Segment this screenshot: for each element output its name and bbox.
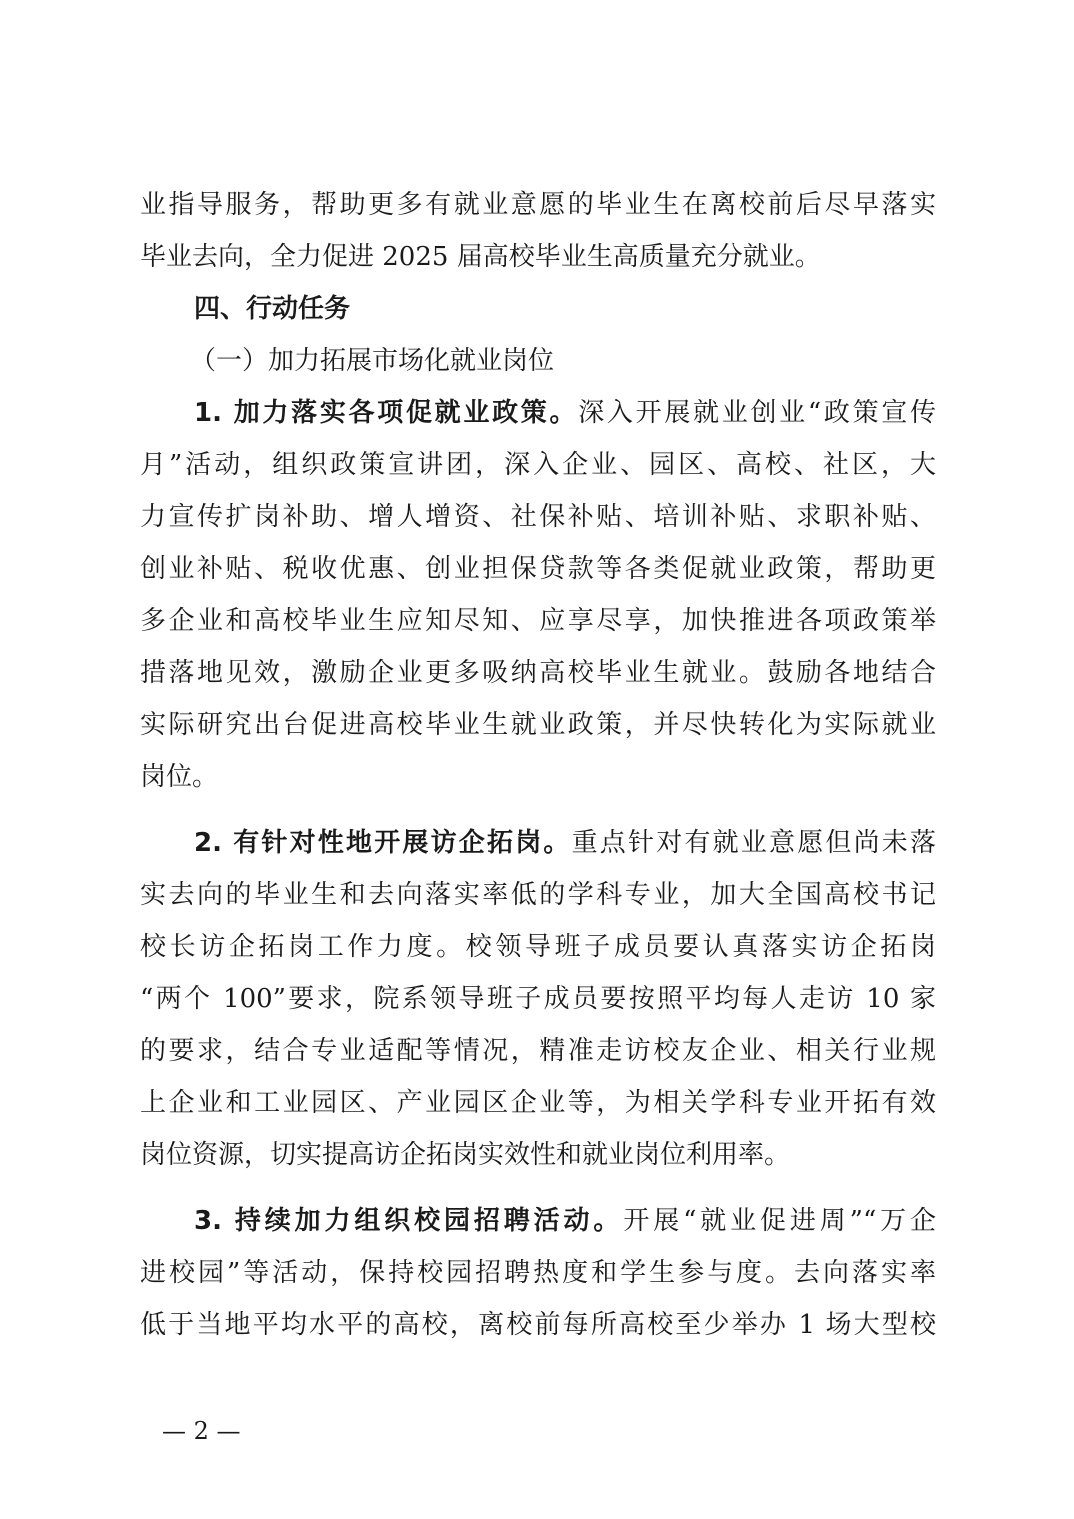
body-line: 实际研究出台促进高校毕业生就业政策，并尽快转化为实际就业 (140, 707, 936, 743)
item-2-first-line-rest: 重点针对有就业意愿但尚未落 (572, 828, 936, 858)
body-line: 上企业和工业园区、产业园区企业等，为相关学科专业开拓有效 (140, 1085, 936, 1121)
section-heading: 四、行动任务 (194, 291, 936, 327)
body-line: 校长访企拓岗工作力度。校领导班子成员要认真落实访企拓岗 (140, 929, 936, 965)
body-line: 措落地见效，激励企业更多吸纳高校毕业生就业。鼓励各地结合 (140, 655, 936, 691)
body-line: 岗位资源，切实提高访企拓岗实效性和就业岗位利用率。 (140, 1137, 936, 1173)
page-number: — 2 — (162, 1416, 241, 1446)
body-line: 毕业去向，全力促进 2025 届高校毕业生高质量充分就业。 (140, 239, 936, 275)
body-line: 的要求，结合专业适配等情况，精准走访校友企业、相关行业规 (140, 1033, 936, 1069)
item-2-lead: 2. 有针对性地开展访企拓岗。 (194, 828, 572, 858)
item-3-lead: 3. 持续加力组织校园招聘活动。 (194, 1206, 623, 1236)
document-page: 业指导服务，帮助更多有就业意愿的毕业生在离校前后尽早落实 毕业去向，全力促进 2… (0, 0, 1074, 1519)
body-line: 岗位。 (140, 759, 936, 795)
item-2-first-line: 2. 有针对性地开展访企拓岗。重点针对有就业意愿但尚未落 (194, 825, 936, 861)
body-line: 力宣传扩岗补助、增人增资、社保补贴、培训补贴、求职补贴、 (140, 499, 936, 535)
item-1-first-line: 1. 加力落实各项促就业政策。深入开展就业创业“政策宣传 (194, 395, 936, 431)
item-3-first-line: 3. 持续加力组织校园招聘活动。开展“就业促进周”“万企 (194, 1203, 936, 1239)
item-1-first-line-rest: 深入开展就业创业“政策宣传 (578, 398, 936, 428)
body-line: 多企业和高校毕业生应知尽知、应享尽享，加快推进各项政策举 (140, 603, 936, 639)
body-line: 进校园”等活动，保持校园招聘热度和学生参与度。去向落实率 (140, 1255, 936, 1291)
body-line: 月”活动，组织政策宣讲团，深入企业、园区、高校、社区，大 (140, 447, 936, 483)
body-line: 低于当地平均水平的高校，离校前每所高校至少举办 1 场大型校 (140, 1307, 936, 1343)
body-line: 实去向的毕业生和去向落实率低的学科专业，加大全国高校书记 (140, 877, 936, 913)
body-line: “两个 100”要求，院系领导班子成员要按照平均每人走访 10 家 (140, 981, 936, 1017)
body-line: 业指导服务，帮助更多有就业意愿的毕业生在离校前后尽早落实 (140, 187, 936, 223)
body-line: 创业补贴、税收优惠、创业担保贷款等各类促就业政策，帮助更 (140, 551, 936, 587)
item-3-first-line-rest: 开展“就业促进周”“万企 (623, 1206, 936, 1236)
item-1-lead: 1. 加力落实各项促就业政策。 (194, 398, 578, 428)
subsection-heading: （一）加力拓展市场化就业岗位 (190, 343, 986, 379)
